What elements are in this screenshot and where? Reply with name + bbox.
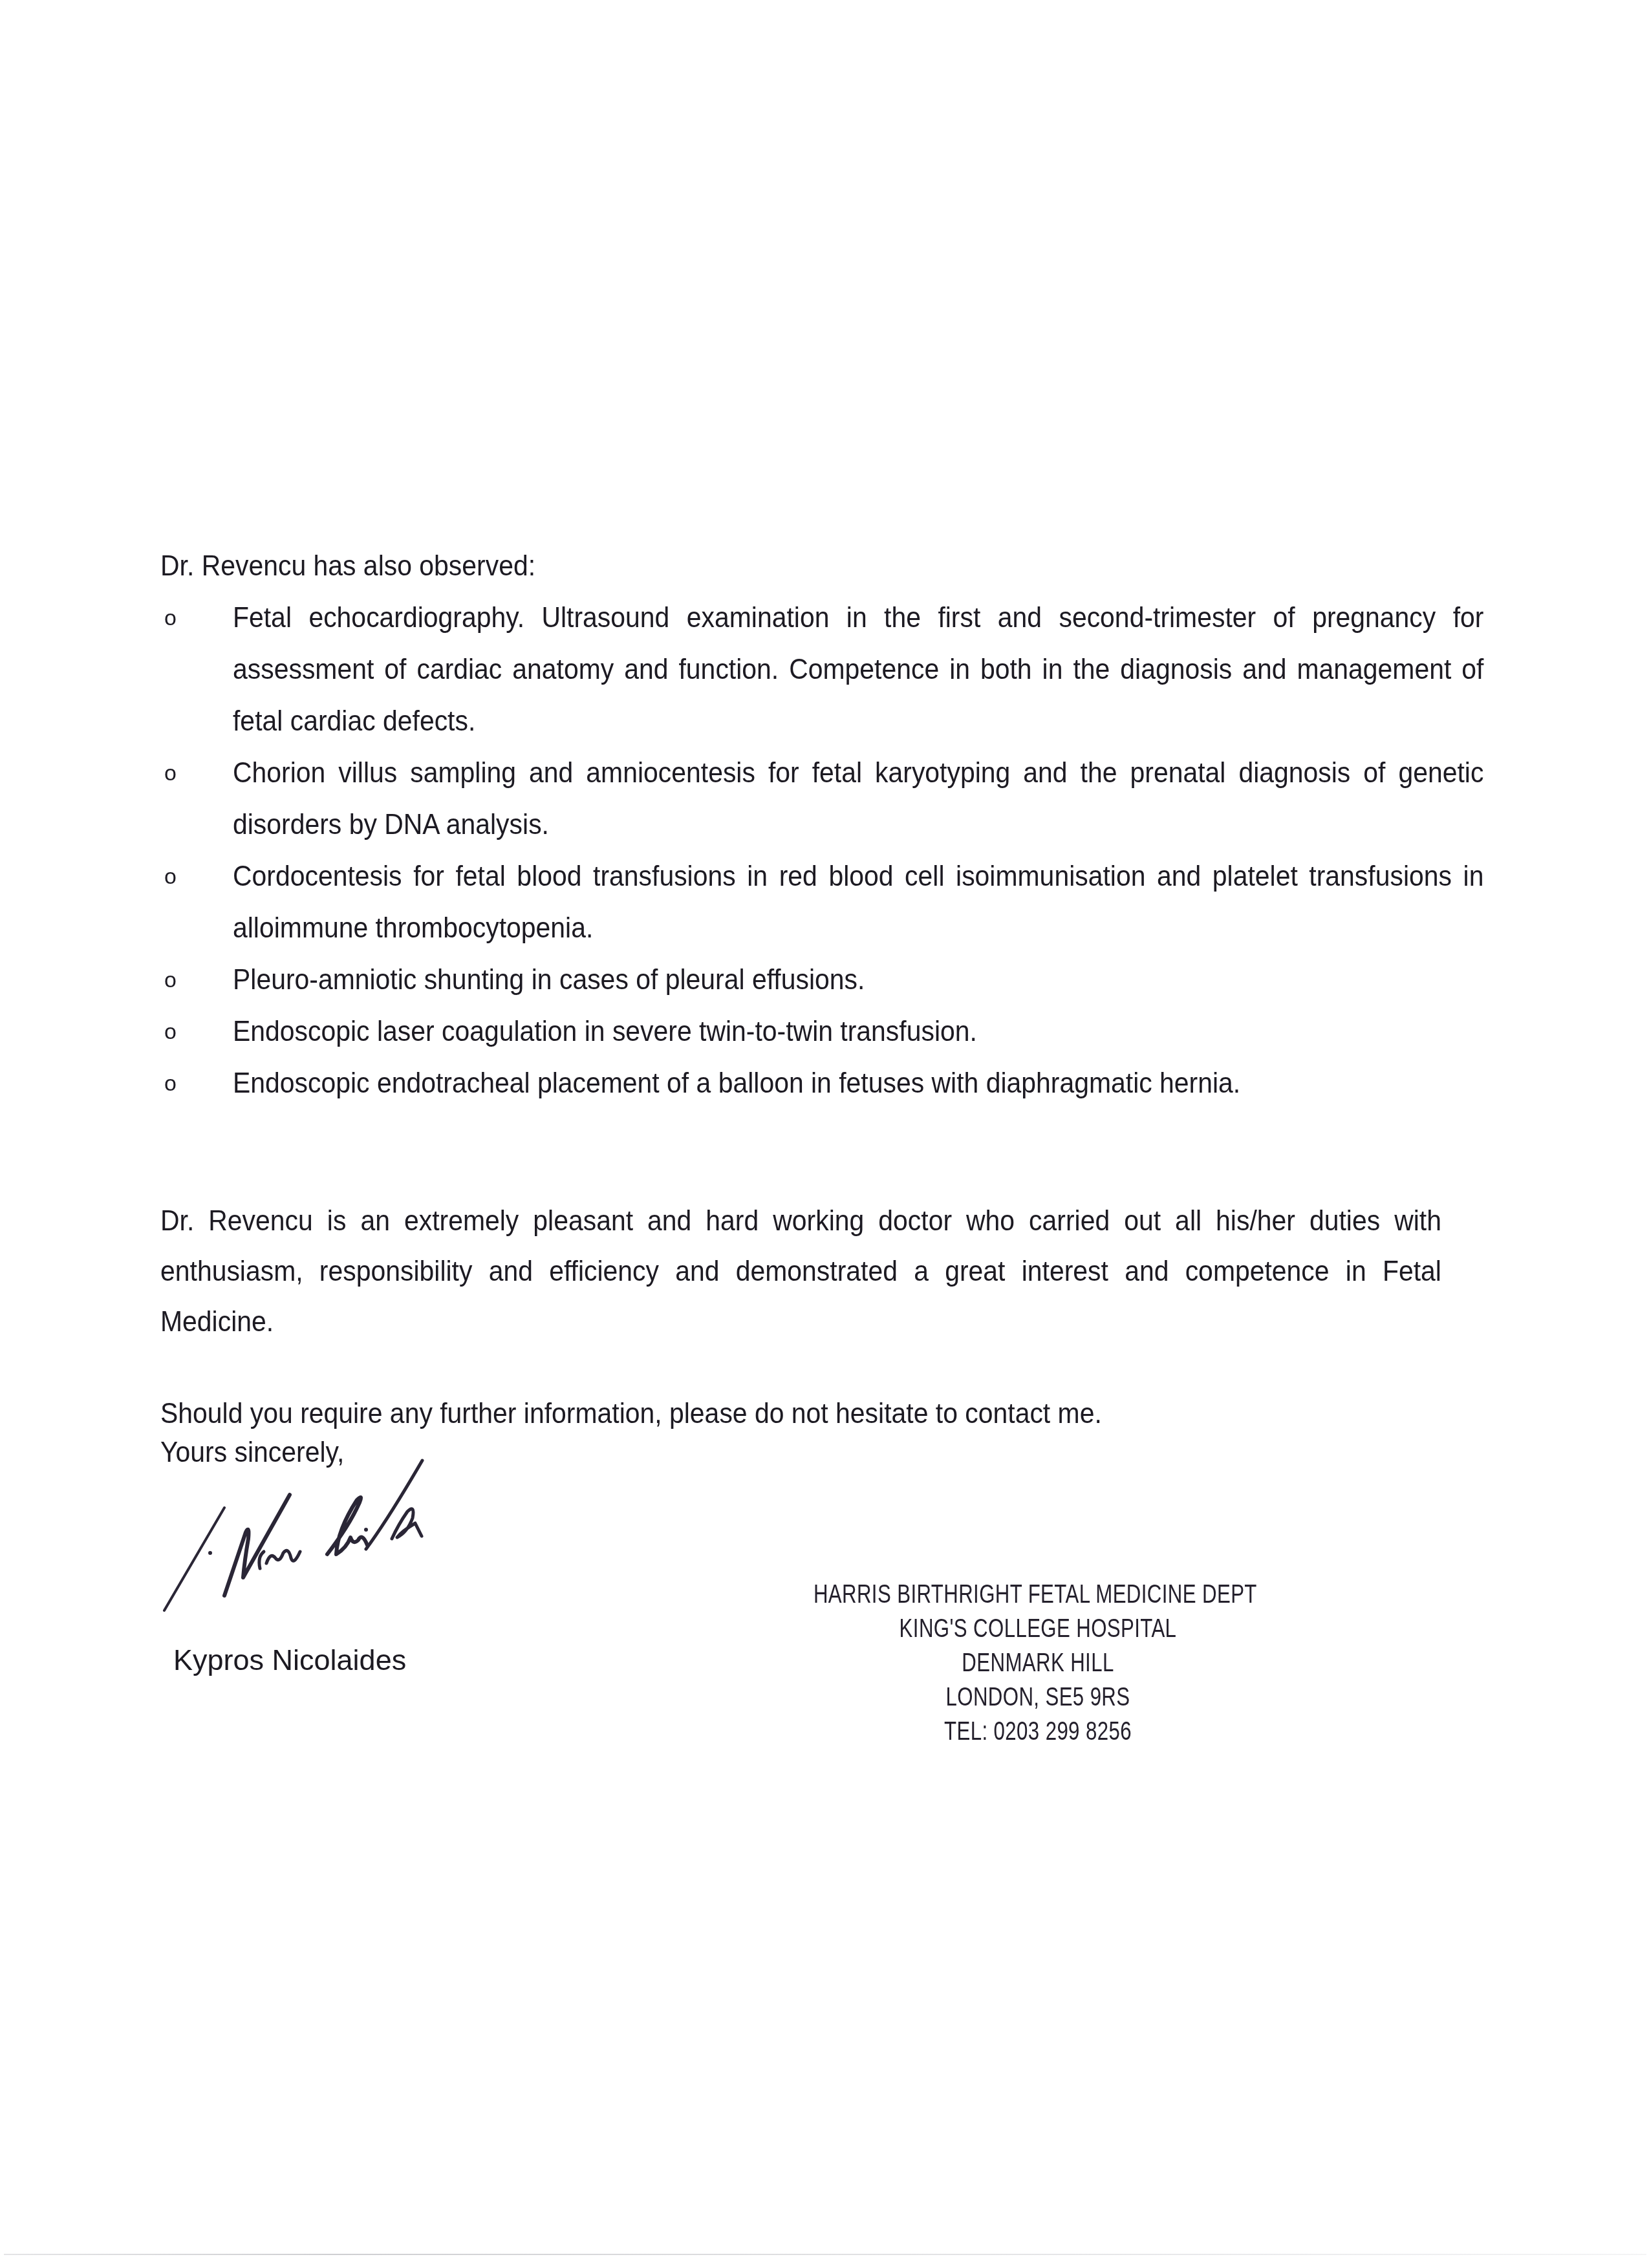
procedure-text: Fetal echocardiography. Ultrasound exami…	[233, 592, 1483, 747]
stamp-street: DENMARK HILL	[849, 1646, 1227, 1680]
list-item: o Fetal echocardiography. Ultrasound exa…	[160, 592, 1428, 747]
procedure-text: Endoscopic laser coagulation in severe t…	[233, 1006, 1483, 1058]
circle-bullet-icon: o	[164, 1058, 177, 1109]
stamp-city-postcode: LONDON, SE5 9RS	[849, 1680, 1227, 1715]
procedure-text: Cordocentesis for fetal blood transfusio…	[233, 851, 1483, 954]
circle-bullet-icon: o	[164, 954, 177, 1006]
circle-bullet-icon: o	[164, 747, 177, 799]
stamp-department: HARRIS BIRTHRIGHT FETAL MEDICINE DEPT	[814, 1578, 1192, 1612]
circle-bullet-icon: o	[164, 851, 177, 903]
stamp-hospital: KING'S COLLEGE HOSPITAL	[849, 1612, 1227, 1646]
circle-bullet-icon: o	[164, 1006, 177, 1058]
list-item: o Endoscopic endotracheal placement of a…	[160, 1058, 1428, 1109]
circle-bullet-icon: o	[164, 592, 177, 644]
procedure-text: Pleuro-amniotic shunting in cases of ple…	[233, 954, 1483, 1006]
list-item: o Cordocentesis for fetal blood transfus…	[160, 851, 1428, 954]
observed-intro: Dr. Revencu has also observed:	[160, 540, 535, 592]
department-address-stamp: HARRIS BIRTHRIGHT FETAL MEDICINE DEPT KI…	[795, 1578, 1280, 1749]
list-item: o Pleuro-amniotic shunting in cases of p…	[160, 954, 1428, 1006]
procedure-text: Endoscopic endotracheal placement of a b…	[233, 1058, 1483, 1109]
signature-image	[155, 1448, 440, 1642]
signer-name: Kypros Nicolaides	[173, 1641, 406, 1680]
contact-paragraph: Should you require any further informati…	[160, 1389, 1441, 1439]
list-item: o Endoscopic laser coagulation in severe…	[160, 1006, 1428, 1058]
observed-procedures-list: o Fetal echocardiography. Ultrasound exa…	[160, 592, 1428, 1109]
list-item: o Chorion villus sampling and amniocente…	[160, 747, 1428, 851]
procedure-text: Chorion villus sampling and amniocentesi…	[233, 747, 1483, 851]
letter-page: Dr. Revencu has also observed: o Fetal e…	[0, 0, 1649, 2268]
stamp-telephone: TEL: 0203 299 8256	[849, 1715, 1227, 1749]
scan-edge-divider	[4, 2254, 1646, 2255]
praise-paragraph: Dr. Revencu is an extremely pleasant and…	[160, 1196, 1441, 1347]
